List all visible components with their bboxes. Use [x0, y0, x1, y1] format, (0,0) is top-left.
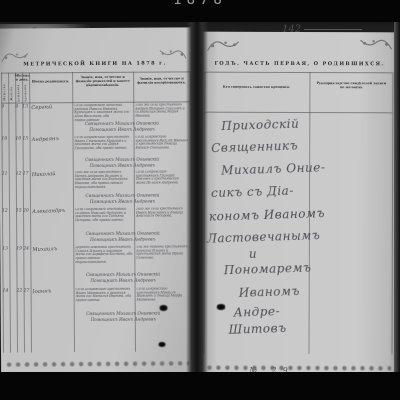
- godparents-text: Села Покровскаго крестьянинъ Григорій Па…: [136, 170, 189, 190]
- signature-line: Священникъ Михаилъ Ониевскій Помощникъ И…: [55, 192, 190, 204]
- parents-text: Села Покровскаго запасный рядовой Павелъ…: [74, 104, 131, 121]
- column-header-godparents: Званіе, имя, отчество и фамилія воспріем…: [136, 77, 187, 85]
- scanned-register-photo: { "frame": { "top_number": "1878" }, "ph…: [0, 0, 400, 400]
- parents-text: Того же села крестьянинъ Петръ Андреевъ …: [75, 171, 132, 191]
- baptism-day: 13: [22, 104, 29, 109]
- godparents-text: Того же села крестьянинъ Иванъ Николаевъ…: [136, 207, 189, 228]
- ink-blot: [216, 304, 226, 310]
- letterbox-top: 1878: [0, 0, 400, 22]
- table-line: [204, 112, 392, 114]
- assistant-signature: Помощникъ Иванъ Андреевъ: [90, 277, 155, 282]
- right-page-title: ГОДЪ. ЧАСТЬ ПЕРВАЯ, О РОДИВШИХСЯ.: [208, 61, 390, 68]
- table-row: 13 19 24 Михаилъ Деревни Ивановки кресть…: [0, 244, 193, 287]
- handwriting-line: Андре-: [233, 304, 280, 319]
- letterbox-bottom: [0, 372, 400, 400]
- baptism-day: 17: [23, 171, 30, 176]
- folio-number: 142: [282, 24, 362, 35]
- column-header-names: Имена родившихся.: [31, 80, 70, 84]
- birth-day: 10: [16, 137, 23, 142]
- book-photo: 14/об 142 МЕТРИЧЕСКОЙ КНИГИ НА 1878 г. М…: [0, 22, 400, 372]
- handwriting-line: Иваномъ: [239, 284, 301, 300]
- book-edge: [394, 22, 400, 372]
- column-header-parents: Званіе, имя, отчество и фамилія родителе…: [75, 76, 130, 88]
- record-count: 11: [2, 172, 9, 177]
- column-header-born: рожденія.: [16, 85, 20, 102]
- godparents-text: Той же деревни крестьянинъ Алексѣй Ильин…: [136, 245, 189, 268]
- baptism-day: 15: [23, 136, 30, 141]
- handwriting-line: Пономаремъ: [224, 261, 312, 278]
- signature-line: Священникъ Михаилъ Ониевскій Помощникъ И…: [55, 156, 190, 168]
- signature-line: Священникъ Михаилъ Ониевскій Помощникъ И…: [56, 310, 191, 322]
- signature-line: Священникъ Михаилъ Ониевскій Помощникъ И…: [55, 230, 190, 242]
- page-border-garland: [205, 364, 391, 372]
- child-name: Іоаннъ: [32, 287, 72, 295]
- assistant-signature: Помощникъ Иванъ Андреевъ: [90, 162, 155, 167]
- signature-line: Священникъ Михаилъ Ониевскій Помощникъ И…: [54, 120, 189, 132]
- table-row: 11 12 17 Николай Того же села крестьянин…: [0, 169, 193, 207]
- child-name: Михаилъ: [32, 245, 72, 253]
- left-page-title: МЕТРИЧЕСКОЙ КНИГИ НА 1878 г.: [7, 60, 183, 67]
- assistant-signature: Помощникъ Иванъ Андреевъ: [91, 316, 156, 321]
- godparents-text: Села Покровскаго крестьянинъ Василій Ива…: [136, 135, 189, 155]
- child-name: Николай: [32, 170, 72, 178]
- handwriting-line: Священникъ: [211, 138, 298, 155]
- column-header-count-male: Мужеска.: [2, 75, 6, 101]
- parents-text: Села Покровскаго крестьянинъ Яковъ Матвѣ…: [76, 288, 133, 309]
- floral-ornament-icon: [207, 36, 241, 54]
- table-row: 12 15 20 Александръ Села Покровскаго отс…: [0, 206, 193, 245]
- baptism-day: 27: [24, 288, 31, 293]
- assistant-signature: Помощникъ Иванъ Андреевъ: [90, 198, 155, 203]
- right-page: ГОДЪ. ЧАСТЬ ПЕРВАЯ, О РОДИВШИХСЯ. Кто со…: [201, 32, 397, 372]
- ink-blot: [159, 305, 168, 311]
- handwriting-line: и: [249, 247, 258, 261]
- handwriting-line: Приходскій: [221, 117, 299, 133]
- record-count: 14: [3, 289, 10, 294]
- record-count: 12: [2, 209, 9, 214]
- birth-day: 22: [17, 289, 24, 294]
- column-header-officiant: Кто совершалъ таинство крещенія.: [210, 86, 302, 90]
- column-header-witness: Рукоприкладство свидѣтелей записи по жел…: [314, 82, 388, 90]
- record-count: 9: [1, 105, 8, 110]
- handwriting-line: кономъ Иваномъ: [209, 206, 325, 224]
- assistant-signature: Помощникъ Иванъ Андреевъ: [89, 126, 154, 131]
- birth-day: 12: [16, 172, 23, 177]
- handwriting-line: сикъ съ Діа-: [211, 184, 294, 201]
- child-name: Александръ: [32, 207, 72, 215]
- record-count: 10: [2, 137, 9, 142]
- signature-line: Священникъ Михаилъ Ониевскій Помощникъ И…: [55, 271, 190, 283]
- handwriting-line: Ластовечанымъ: [207, 228, 321, 246]
- child-name: Андреянъ: [31, 135, 71, 143]
- table-line: [204, 72, 392, 74]
- floral-ornament-icon: [157, 45, 187, 61]
- page-border-garland: [5, 359, 189, 369]
- book-gutter: [186, 22, 208, 372]
- frame-number: 1878: [0, 0, 400, 8]
- birth-day: 19: [16, 247, 23, 252]
- table-row: 10 10 15 Андреянъ Села Покровскаго крест…: [0, 134, 193, 170]
- ink-blot: [158, 342, 166, 347]
- birth-day: 9: [15, 105, 22, 110]
- baptism-day: 20: [23, 208, 30, 213]
- column-header-month-day: Мѣсяцъ и день.: [13, 74, 31, 82]
- godparents-text: Того же села крестьянинъ Андрей Петровъ …: [135, 103, 188, 120]
- left-page: МЕТРИЧЕСКОЙ КНИГИ НА 1878 г. Мужеска. Же…: [0, 27, 194, 372]
- birth-day: 15: [16, 209, 23, 214]
- baptism-day: 24: [23, 246, 30, 251]
- record-count: 13: [2, 247, 9, 252]
- column-header-baptized: крещенія.: [23, 84, 27, 101]
- parents-text: Села Покровскаго отставной солдатъ Никол…: [75, 208, 132, 229]
- child-name: Сергѣй: [31, 103, 71, 111]
- table-row: 9 9 13 Сергѣй Села Покровскаго запасный …: [0, 102, 192, 133]
- parents-text: Деревни Ивановки крестьянинъ Семенъ Ильи…: [75, 246, 132, 269]
- parents-text: Села Покровскаго крестьянинъ Иванъ Степа…: [75, 136, 132, 156]
- handwriting-line: Шитовъ: [228, 321, 286, 337]
- assistant-signature: Помощникъ Иванъ Андреевъ: [90, 236, 155, 241]
- floral-ornament-icon: [359, 34, 393, 52]
